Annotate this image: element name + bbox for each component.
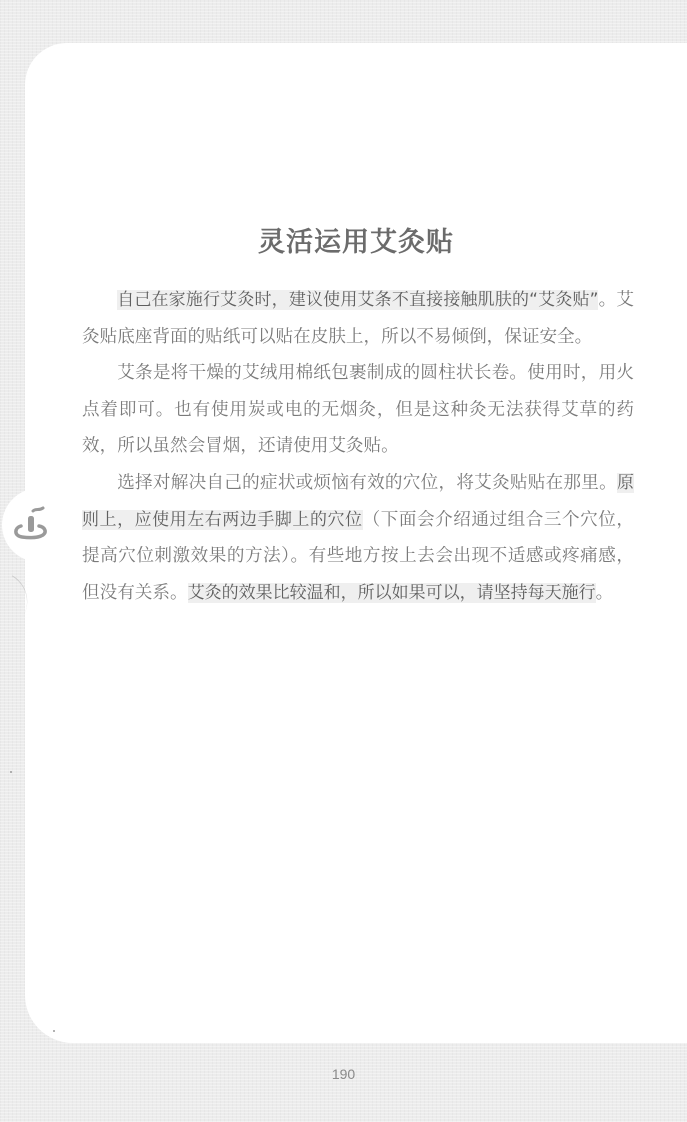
- paragraph-1: 自己在家施行艾灸时，建议使用艾条不直接接触肌肤的“艾灸贴”。艾灸贴底座背面的贴纸…: [82, 282, 634, 355]
- highlighted-text: 艾灸的效果比较温和，所以如果可以，请坚持每天施行: [188, 583, 596, 603]
- body-text: 。: [596, 583, 614, 603]
- paragraph-2: 艾条是将干燥的艾绒用棉纸包裹制成的圆柱状长卷。使用时，用火点着即可。也有使用炭或…: [82, 355, 634, 465]
- moxa-cone-icon: [12, 505, 48, 545]
- paper-speck: [10, 771, 12, 773]
- body-text: 艾条是将干燥的艾绒用棉纸包裹制成的圆柱状长卷。使用时，用火点着即可。也有使用炭或…: [82, 363, 634, 456]
- page-title: 灵活运用艾灸贴: [0, 220, 687, 259]
- article-body: 自己在家施行艾灸时，建议使用艾条不直接接触肌肤的“艾灸贴”。艾灸贴底座背面的贴纸…: [82, 282, 634, 611]
- body-text: 选择对解决自己的症状或烦恼有效的穴位，将艾灸贴贴在那里。: [117, 473, 617, 493]
- highlighted-text: 自己在家施行艾灸时，建议使用艾条不直接接触肌肤的“艾灸贴”: [117, 290, 598, 310]
- paper-speck: [53, 1030, 55, 1032]
- page-number: 190: [0, 1066, 687, 1082]
- paragraph-3: 选择对解决自己的症状或烦恼有效的穴位，将艾灸贴贴在那里。原则上，应使用左右两边手…: [82, 465, 634, 611]
